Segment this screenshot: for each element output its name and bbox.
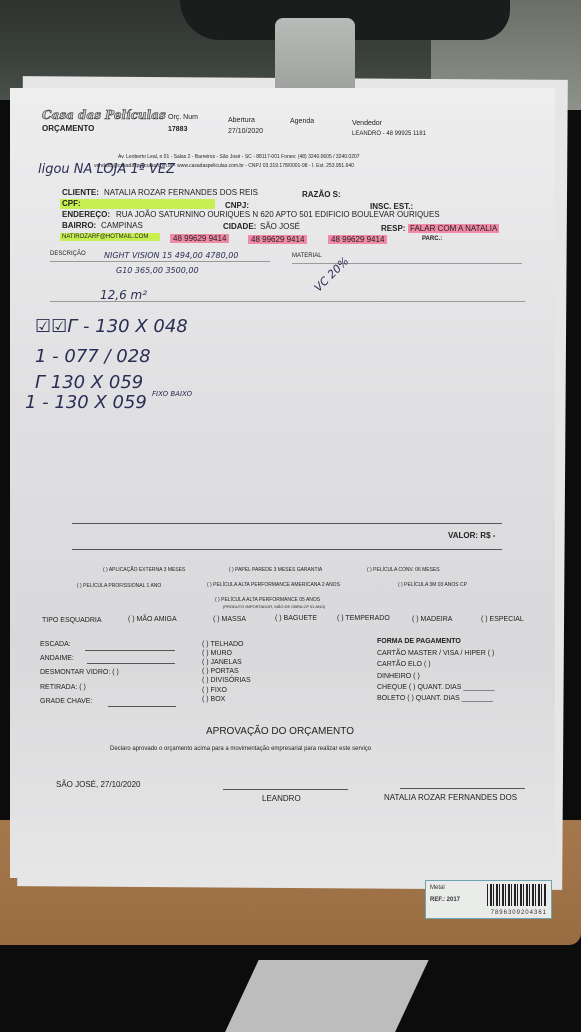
measure-1: ☑☑Γ - 130 X 048 [35, 316, 188, 337]
measure-note: FIXO BAIXO [152, 390, 192, 398]
endereco-label: ENDEREÇO: [62, 210, 110, 219]
warranty-option[interactable]: ( ) PAPEL PAREDE 3 MESES GARANTIA [229, 567, 322, 573]
address-line-1: Av. Leoberto Leal, n 01 - Salas 2 - Barr… [118, 154, 360, 160]
payment-option[interactable]: CARTÃO MASTER / VISA / HIPER ( ) [377, 650, 494, 657]
measure-3: Γ 130 X 059 [35, 372, 143, 393]
vendedor-label: Vendedor [352, 120, 382, 127]
seller-signature-line [223, 789, 348, 790]
location-option[interactable]: ( ) BOX [202, 696, 225, 703]
esquadria-option[interactable]: ( ) TEMPERADO [337, 615, 390, 622]
warranty-option[interactable]: ( ) PELÍCULA ALTA PERFORMANCE 05 ANOS [215, 597, 320, 603]
warranty-option[interactable]: ( ) PELÍCULA 3M 03 ANOS CP [398, 582, 467, 588]
measure-4: 1 - 130 X 059 [25, 392, 147, 413]
grade-chave-field[interactable] [108, 706, 176, 707]
abertura-label: Abertura [228, 117, 255, 124]
seller-signature-name: LEANDRO [262, 794, 301, 803]
location-option[interactable]: ( ) PORTAS [202, 668, 239, 675]
escada-label: ESCADA: [40, 641, 71, 648]
payment-option[interactable]: CARTÃO ELO ( ) [377, 661, 431, 668]
payment-option[interactable]: BOLETO ( ) QUANT. DIAS ________ [377, 695, 493, 702]
warranty-option[interactable]: ( ) PELÍCULA CONV. 06 MESES [367, 567, 440, 573]
location-option[interactable]: ( ) FIXO [202, 687, 227, 694]
bairro: CAMPINAS [101, 221, 143, 230]
desc-bottom-rule [50, 301, 525, 302]
approval-title: APROVAÇÃO DO ORÇAMENTO [206, 726, 354, 737]
esquadria-option[interactable]: ( ) MASSA [213, 616, 246, 623]
resp-label: RESP: [381, 224, 405, 233]
brand-logo: Casa das Películas [42, 108, 166, 122]
warranty-option[interactable]: ( ) PELÍCULA ALTA PERFORMANCE AMERICANA … [207, 582, 340, 588]
resp: FALAR COM A NATALIA [408, 224, 499, 233]
retirada-option[interactable]: RETIRADA: ( ) [40, 684, 86, 691]
warranty-option[interactable]: ( ) PELÍCULA PROFISSIONAL 1 ANO [77, 583, 161, 589]
phone-1: 48 99629 9414 [170, 234, 229, 243]
razao-label: RAZÃO S: [302, 190, 341, 199]
orc-num-label: Orç. Num [168, 114, 198, 121]
barcode-icon [487, 884, 547, 906]
quote-document: Casa das Películas ORÇAMENTO Orç. Num 17… [10, 88, 555, 878]
abertura-date: 27/10/2020 [228, 128, 263, 135]
location-option[interactable]: ( ) TELHADO [202, 641, 244, 648]
cidade-label: CIDADE: [223, 222, 256, 231]
phone-2: 48 99629 9414 [248, 235, 307, 244]
handwritten-note: ligou NA LOJA 1ª VEZ [38, 162, 175, 177]
label-ref: REF.: 2017 [430, 897, 460, 903]
esquadria-option[interactable]: ( ) MÃO AMIGA [128, 616, 177, 623]
location-option[interactable]: ( ) JANELAS [202, 659, 242, 666]
grade-chave-label: GRADE CHAVE: [40, 698, 92, 705]
descricao-rule [50, 261, 270, 262]
esquadria-option[interactable]: ( ) MADEIRA [412, 616, 452, 623]
material-label: MATERIAL [292, 253, 322, 259]
desc-line-1: NIGHT VISION 15 494,00 4780,00 [104, 251, 238, 260]
place-date: SÃO JOSÉ, 27/10/2020 [56, 780, 141, 789]
payment-option[interactable]: DINHEIRO ( ) [377, 673, 420, 680]
cliente-name: NATALIA ROZAR FERNANDES DOS REIS [104, 188, 258, 197]
bairro-label: BAIRRO: [62, 221, 96, 230]
email: NATIROZARF@HOTMAIL.COM [60, 233, 160, 241]
cpf-label: CPF: [62, 199, 81, 208]
cpf-highlight [60, 199, 215, 209]
andaime-label: ANDAIME: [40, 655, 74, 662]
parc-label: PARC.: [422, 236, 442, 242]
cidade: SÃO JOSÉ [260, 222, 300, 231]
valor-rule-bottom [72, 549, 502, 550]
esquadria-option[interactable]: ( ) BAGUETE [275, 615, 317, 622]
esquadria-option[interactable]: ( ) ESPECIAL [481, 616, 524, 623]
desc-area: 12,6 m² [100, 288, 147, 302]
andaime-field[interactable] [87, 663, 175, 664]
valor-label: VALOR: R$ - [448, 531, 495, 540]
tipo-esquadria-label: TIPO ESQUADRIA [42, 617, 102, 624]
escada-field[interactable] [85, 650, 175, 651]
label-brand: Metal [430, 885, 445, 891]
material-note: VC 20% [312, 255, 352, 295]
desc-line-2: G10 365,00 3500,00 [116, 266, 199, 275]
agenda-label: Agenda [290, 118, 314, 125]
orc-num: 17883 [168, 126, 187, 133]
board-barcode-label: Metal REF.: 2017 7896309204361 [425, 880, 552, 919]
cnpj-label: CNPJ: [225, 201, 249, 210]
measure-2: 1 - 077 / 028 [35, 346, 151, 367]
floor-paper [221, 960, 428, 1032]
material-rule [292, 263, 522, 264]
location-option[interactable]: ( ) DIVISÓRIAS [202, 677, 251, 684]
doc-type: ORÇAMENTO [42, 124, 94, 133]
vendedor: LEANDRO - 48 99925 1181 [352, 131, 426, 137]
phone-3: 48 99629 9414 [328, 235, 387, 244]
client-signature-name: NATALIA ROZAR FERNANDES DOS [384, 793, 517, 802]
client-signature-line [400, 788, 525, 789]
warranty-note: (PRODUTO IMPORTADOR, MÃO DE OBRA CP 01 A… [223, 604, 325, 609]
warranty-option[interactable]: ( ) APLICAÇÃO EXTERNA 3 MESES [103, 567, 185, 573]
descricao-label: DESCRIÇÃO [50, 251, 86, 257]
cliente-label: CLIENTE: [62, 188, 99, 197]
payment-title: FORMA DE PAGAMENTO [377, 638, 461, 645]
location-option[interactable]: ( ) MURO [202, 650, 232, 657]
barcode-number: 7896309204361 [491, 910, 547, 916]
valor-rule-top [72, 523, 502, 524]
endereco: RUA JOÃO SATURNINO OURIQUES N 620 APTO 5… [116, 210, 440, 219]
approval-statement: Declaro aprovado o orçamento acima para … [110, 746, 371, 752]
desmontar-option[interactable]: DESMONTAR VIDRO: ( ) [40, 669, 119, 676]
payment-option[interactable]: CHEQUE ( ) QUANT. DIAS ________ [377, 684, 495, 691]
